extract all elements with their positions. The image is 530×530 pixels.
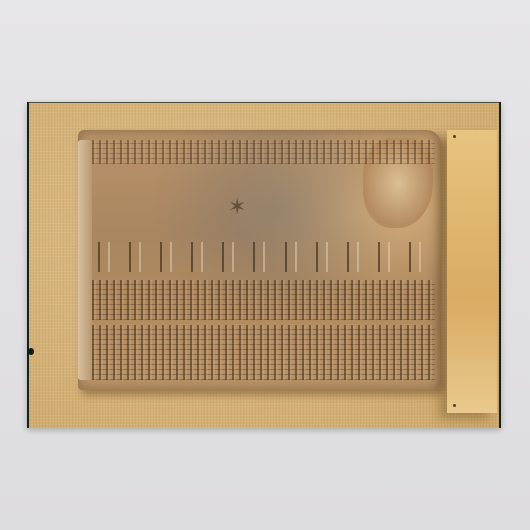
label-pin xyxy=(453,135,456,138)
inscription-column-headers xyxy=(98,242,421,276)
label-pin xyxy=(453,404,456,407)
inscription-lower-rows xyxy=(92,325,435,380)
mounting-dot xyxy=(28,348,34,355)
poster-left-edge xyxy=(27,102,29,428)
poster: ✶ xyxy=(27,102,501,428)
column-mark xyxy=(129,242,141,272)
star-glyph-icon: ✶ xyxy=(228,195,246,220)
column-mark xyxy=(378,242,390,272)
column-mark xyxy=(316,242,328,272)
inscription-top-rows xyxy=(92,140,435,164)
column-mark xyxy=(347,242,359,272)
column-mark xyxy=(98,242,110,272)
column-mark xyxy=(409,242,421,272)
column-mark xyxy=(191,242,203,272)
tablet-side-edge xyxy=(78,140,92,380)
column-mark xyxy=(285,242,297,272)
inscription-middle-rows xyxy=(92,280,435,320)
column-mark xyxy=(253,242,265,272)
museum-label-panel xyxy=(447,130,497,413)
column-mark xyxy=(222,242,234,272)
column-mark xyxy=(160,242,172,272)
poster-right-edge xyxy=(499,102,501,428)
page-background: ✶ Poster of an ancient cuneiform table xyxy=(0,0,530,530)
poster-top-edge xyxy=(27,102,501,103)
cuneiform-tablet: ✶ xyxy=(78,130,441,390)
